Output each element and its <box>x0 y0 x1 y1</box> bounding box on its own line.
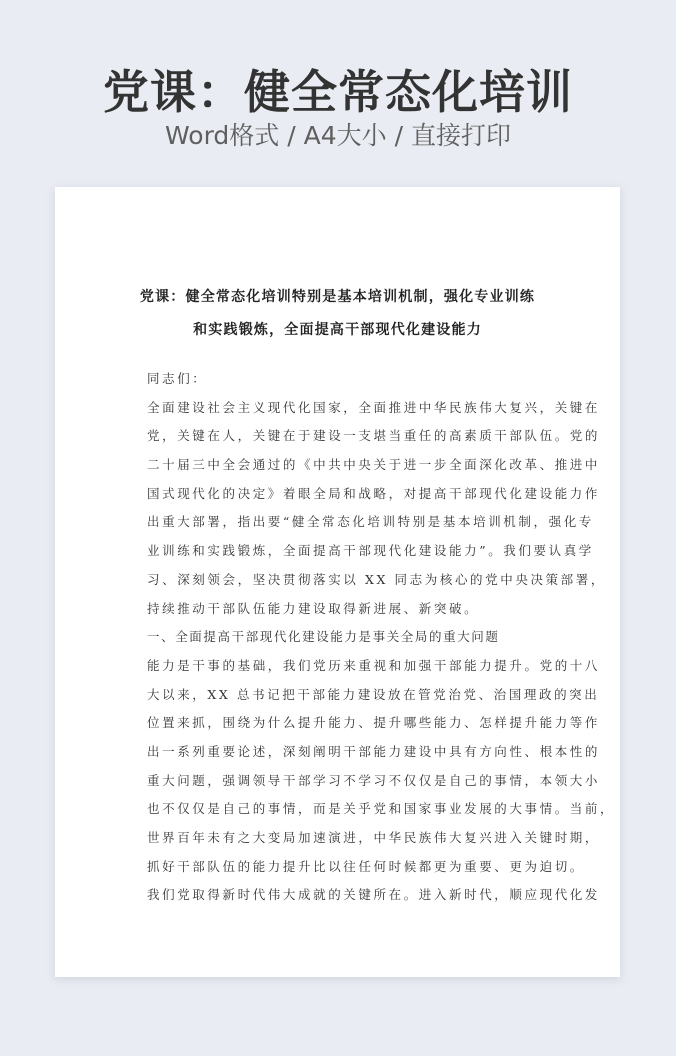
body-line: 二十届三中全会通过的《中共中央关于进一步全面深化改革、推进中 <box>147 451 532 480</box>
salutation: 同志们： <box>147 365 532 394</box>
banner-title: 党课：健全常态化培训 <box>0 62 676 122</box>
body-line: 国式现代化的决定》着眼全局和战略，对提高干部现代化建设能力作 <box>147 480 532 509</box>
body-line: 持续推动干部队伍能力建设取得新进展、新突破。 <box>147 595 532 624</box>
document-title-line: 和实践锻炼，全面提高干部现代化建设能力 <box>55 314 620 347</box>
body-line: 大以来，XX 总书记把干部能力建设放在管党治党、治国理政的突出 <box>147 681 532 710</box>
body-line: 抓好干部队伍的能力提升比以往任何时候都更为重要、更为迫切。 <box>147 853 532 882</box>
body-line: 党，关键在人，关键在于建设一支堪当重任的高素质干部队伍。党的 <box>147 422 532 451</box>
body-line: 出一系列重要论述，深刻阐明干部能力建设中具有方向性、根本性的 <box>147 738 532 767</box>
body-line: 位置来抓，围绕为什么提升能力、提升哪些能力、怎样提升能力等作 <box>147 709 532 738</box>
body-line: 重大问题，强调领导干部学习不学习不仅仅是自己的事情，本领大小 <box>147 767 532 796</box>
body-line: 也不仅仅是自己的事情，而是关乎党和国家事业发展的大事情。当前， <box>147 795 532 824</box>
document-title-line: 党课：健全常态化培训特别是基本培训机制，强化专业训练 <box>55 281 620 314</box>
body-line: 能力是干事的基础，我们党历来重视和加强干部能力提升。党的十八 <box>147 652 532 681</box>
document-title: 党课：健全常态化培训特别是基本培训机制，强化专业训练 和实践锻炼，全面提高干部现… <box>55 281 620 347</box>
document-page: 党课：健全常态化培训特别是基本培训机制，强化专业训练 和实践锻炼，全面提高干部现… <box>55 187 620 977</box>
body-line: 出重大部署，指出要“健全常态化培训特别是基本培训机制，强化专 <box>147 508 532 537</box>
body-line: 全面建设社会主义现代化国家，全面推进中华民族伟大复兴，关键在 <box>147 394 532 423</box>
body-line: 习、深刻领会，坚决贯彻落实以 XX 同志为核心的党中央决策部署， <box>147 566 532 595</box>
section-heading: 一、全面提高干部现代化建设能力是事关全局的重大问题 <box>147 623 532 652</box>
body-line: 我们党取得新时代伟大成就的关键所在。进入新时代，顺应现代化发 <box>147 881 532 910</box>
banner-subtitle: Word格式 / A4大小 / 直接打印 <box>0 118 676 154</box>
document-body: 同志们： 全面建设社会主义现代化国家，全面推进中华民族伟大复兴，关键在 党，关键… <box>147 365 532 910</box>
body-line: 业训练和实践锻炼，全面提高干部现代化建设能力”。我们要认真学 <box>147 537 532 566</box>
body-line: 世界百年未有之大变局加速演进，中华民族伟大复兴进入关键时期， <box>147 824 532 853</box>
